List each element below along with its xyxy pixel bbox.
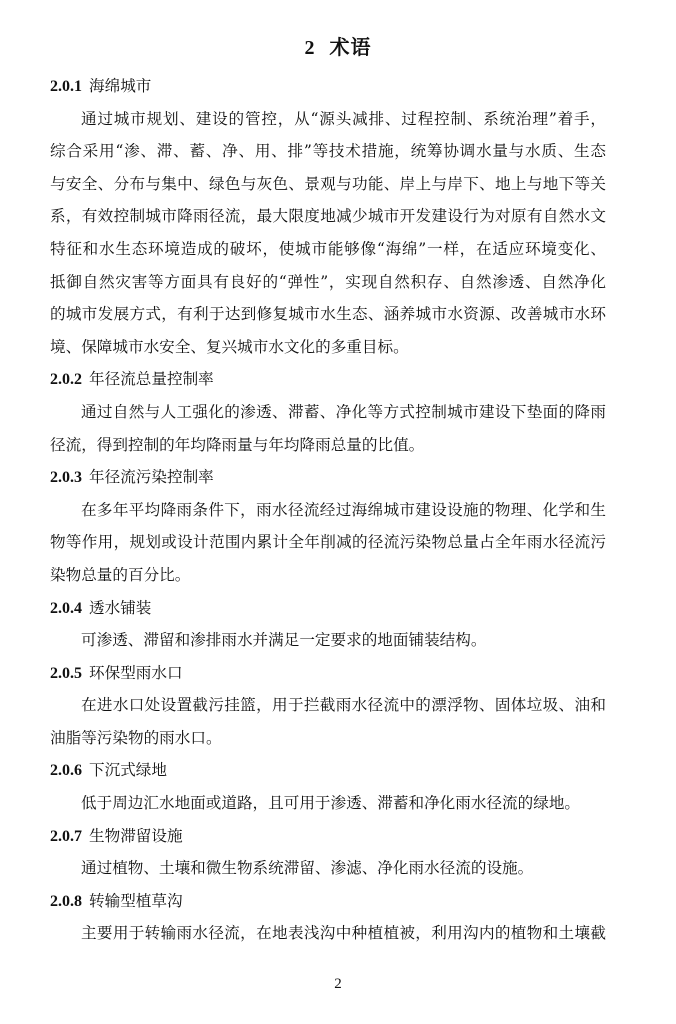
term-name: 环保型雨水口 (89, 664, 183, 682)
term-code: 2.0.7 (50, 828, 82, 845)
term-name: 转输型植草沟 (89, 892, 183, 910)
definition-line: 物等作用，规划或设计范围内累计全年削减的径流污染物总量占全年雨水径流污 (50, 526, 606, 559)
definition-line: 油脂等污染物的雨水口。 (50, 722, 606, 755)
definition-line: 在进水口处设置截污挂篮，用于拦截雨水径流中的漂浮物、固体垃圾、油和 (50, 689, 606, 722)
term-name: 年径流总量控制率 (89, 370, 214, 388)
definition-line: 系，有效控制城市降雨径流，最大限度地减少城市开发建设行为对原有自然水文 (50, 200, 606, 233)
term-heading: 2.0.3年径流污染控制率 (50, 461, 606, 494)
term-code: 2.0.6 (50, 762, 82, 779)
definition-line: 的城市发展方式，有利于达到修复城市水生态、涵养城市水资源、改善城市水环 (50, 298, 606, 331)
term-name: 年径流污染控制率 (89, 468, 214, 486)
chapter-title: 2术语 (0, 33, 676, 62)
definition-line: 可渗透、滞留和渗排雨水并满足一定要求的地面铺装结构。 (50, 624, 606, 657)
term-heading: 2.0.6下沉式绿地 (50, 754, 606, 787)
term-code: 2.0.2 (50, 371, 82, 388)
definition-line: 抵御自然灾害等方面具有良好的“弹性”，实现自然积存、自然渗透、自然净化 (50, 266, 606, 299)
term-heading: 2.0.2年径流总量控制率 (50, 363, 606, 396)
term-code: 2.0.3 (50, 469, 82, 486)
document-page: 2术语 2.0.1海绵城市 通过城市规划、建设的管控，从“源头减排、过程控制、系… (0, 0, 676, 1024)
page-number: 2 (0, 976, 676, 993)
definition-line: 综合采用“渗、滞、蓄、净、用、排”等技术措施，统筹协调水量与水质、生态 (50, 135, 606, 168)
definition-line: 境、保障城市水安全、复兴城市水文化的多重目标。 (50, 331, 606, 364)
term-heading: 2.0.1海绵城市 (50, 70, 606, 103)
term-name: 下沉式绿地 (89, 761, 167, 779)
chapter-number: 2 (305, 37, 316, 59)
term-code: 2.0.8 (50, 893, 82, 910)
terms-list: 2.0.1海绵城市 通过城市规划、建设的管控，从“源头减排、过程控制、系统治理”… (50, 70, 606, 950)
definition-line: 特征和水生态环境造成的破坏，使城市能够像“海绵”一样，在适应环境变化、 (50, 233, 606, 266)
definition-line: 主要用于转输雨水径流，在地表浅沟中种植植被，利用沟内的植物和土壤截 (50, 917, 606, 950)
term-heading: 2.0.8转输型植草沟 (50, 885, 606, 918)
definition-line: 通过自然与人工强化的渗透、滞蓄、净化等方式控制城市建设下垫面的降雨 (50, 396, 606, 429)
term-name: 生物滞留设施 (89, 827, 183, 845)
term-heading: 2.0.5环保型雨水口 (50, 657, 606, 690)
definition-line: 低于周边汇水地面或道路，且可用于渗透、滞蓄和净化雨水径流的绿地。 (50, 787, 606, 820)
term-heading: 2.0.7生物滞留设施 (50, 820, 606, 853)
term-name: 透水铺装 (89, 599, 151, 617)
term-code: 2.0.1 (50, 78, 82, 95)
definition-line: 通过植物、土壤和微生物系统滞留、渗滤、净化雨水径流的设施。 (50, 852, 606, 885)
term-code: 2.0.5 (50, 665, 82, 682)
term-code: 2.0.4 (50, 600, 82, 617)
definition-line: 径流，得到控制的年均降雨量与年均降雨总量的比值。 (50, 429, 606, 462)
definition-line: 在多年平均降雨条件下，雨水径流经过海绵城市建设设施的物理、化学和生 (50, 494, 606, 527)
term-heading: 2.0.4透水铺装 (50, 592, 606, 625)
term-name: 海绵城市 (89, 77, 151, 95)
definition-line: 染物总量的百分比。 (50, 559, 606, 592)
definition-line: 与安全、分布与集中、绿色与灰色、景观与功能、岸上与岸下、地上与地下等关 (50, 168, 606, 201)
chapter-title-text: 术语 (330, 35, 372, 59)
definition-line: 通过城市规划、建设的管控，从“源头减排、过程控制、系统治理”着手， (50, 103, 606, 136)
